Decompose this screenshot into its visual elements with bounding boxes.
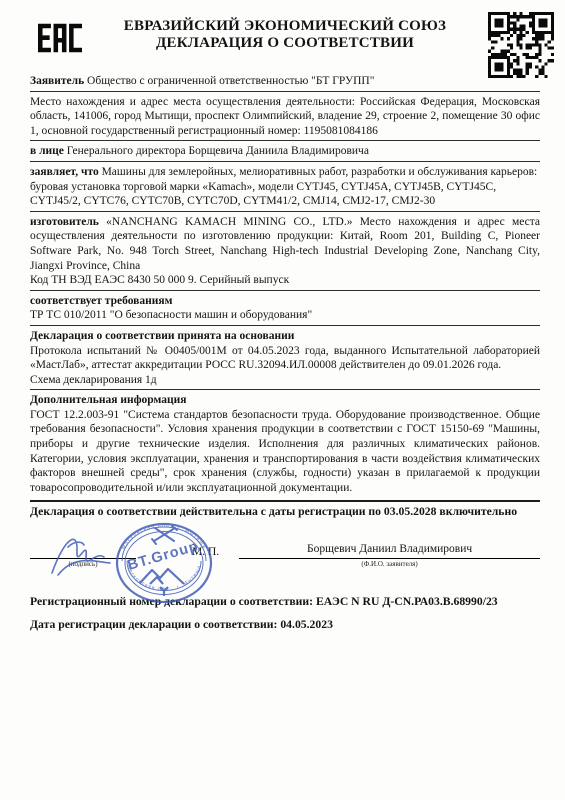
section-basis: Декларация о соответствии принята на осн… <box>30 329 540 390</box>
section-compliance: соответствует требованиям ТР ТС 010/2011… <box>30 294 540 326</box>
title-line-1: ЕВРАЗИЙСКИЙ ЭКОНОМИЧЕСКИЙ СОЮЗ <box>102 18 468 35</box>
document-header: ЕВРАЗИЙСКИЙ ЭКОНОМИЧЕСКИЙ СОЮЗ ДЕКЛАРАЦИ… <box>30 14 540 68</box>
registration-number-line: Регистрационный номер декларации о соотв… <box>30 595 540 609</box>
declarant-name: Борщевич Даниил Владимирович <box>239 543 540 559</box>
represented-line: в лице Генерального директора Борщевича … <box>30 144 540 159</box>
declaration-document: ЕВРАЗИЙСКИЙ ЭКОНОМИЧЕСКИЙ СОЮЗ ДЕКЛАРАЦИ… <box>0 0 565 632</box>
compliance-heading: соответствует требованиям <box>30 294 540 309</box>
section-address: Место нахождения и адрес места осуществл… <box>30 95 540 142</box>
declarant-name-caption: (Ф.И.О. заявителя) <box>239 559 540 569</box>
additional-text: ГОСТ 12.2.003-91 "Система стандартов без… <box>30 408 540 496</box>
section-represented-by: в лице Генерального директора Борщевича … <box>30 144 540 162</box>
signature-field: (подпись) <box>30 543 136 569</box>
basis-text: Протокола испытаний № О0405/001М от 04.0… <box>30 344 540 373</box>
signature-line <box>30 543 136 559</box>
additional-heading: Дополнительная информация <box>30 393 540 408</box>
address-text: Место нахождения и адрес места осуществл… <box>30 95 540 139</box>
declares-line: заявляет, что Машины для землеройных, ме… <box>30 165 540 209</box>
section-declares: заявляет, что Машины для землеройных, ме… <box>30 165 540 212</box>
crossed-hammers-icon <box>152 526 177 544</box>
section-additional-info: Дополнительная информация ГОСТ 12.2.003-… <box>30 393 540 497</box>
section-manufacturer: изготовитель «NANCHANG KAMACH MINING CO.… <box>30 215 540 291</box>
basis-heading: Декларация о соответствии принята на осн… <box>30 329 540 344</box>
tnved-code-line: Код ТН ВЭД ЕАЭС 8430 50 000 9. Серийный … <box>30 273 540 288</box>
declarant-name-field: Борщевич Даниил Владимирович (Ф.И.О. зая… <box>239 543 540 569</box>
title-line-2: ДЕКЛАРАЦИЯ О СООТВЕТСТВИИ <box>102 35 468 52</box>
stamp-center-text: BT.Group <box>126 539 201 575</box>
applicant-text: Общество с ограниченной ответственностью… <box>87 75 374 87</box>
represented-label: в лице <box>30 145 64 157</box>
eac-logo-icon <box>38 17 82 59</box>
stamp-place-label: М. П. <box>192 543 219 569</box>
declares-label: заявляет, что <box>30 166 99 178</box>
signature-block: Московская обл., г. Мытищи Московская об… <box>30 543 540 569</box>
qr-code-icon <box>488 12 554 78</box>
applicant-line: Заявитель Общество с ограниченной ответс… <box>30 74 540 89</box>
compliance-text: ТР ТС 010/2011 "О безопасности машин и о… <box>30 308 540 323</box>
registration-date-line: Дата регистрации декларации о соответств… <box>30 618 540 632</box>
declares-text: Машины для землеройных, мелиоративных ра… <box>30 166 537 207</box>
manufacturer-label: изготовитель <box>30 216 99 228</box>
manufacturer-line: изготовитель «NANCHANG KAMACH MINING CO.… <box>30 215 540 273</box>
applicant-label: Заявитель <box>30 75 84 87</box>
validity-statement: Декларация о соответствии действительна … <box>30 500 540 521</box>
document-title: ЕВРАЗИЙСКИЙ ЭКОНОМИЧЕСКИЙ СОЮЗ ДЕКЛАРАЦИ… <box>30 14 540 52</box>
manufacturer-text: «NANCHANG KAMACH MINING CO., LTD.» Место… <box>30 216 540 272</box>
represented-text: Генерального директора Борщевича Даниила… <box>67 145 369 157</box>
mountains-icon <box>140 569 184 596</box>
registration-info: Регистрационный номер декларации о соотв… <box>30 595 540 632</box>
signature-caption: (подпись) <box>30 559 136 569</box>
basis-scheme: Схема декларирования 1д <box>30 373 540 388</box>
section-applicant: Заявитель Общество с ограниченной ответс… <box>30 74 540 92</box>
